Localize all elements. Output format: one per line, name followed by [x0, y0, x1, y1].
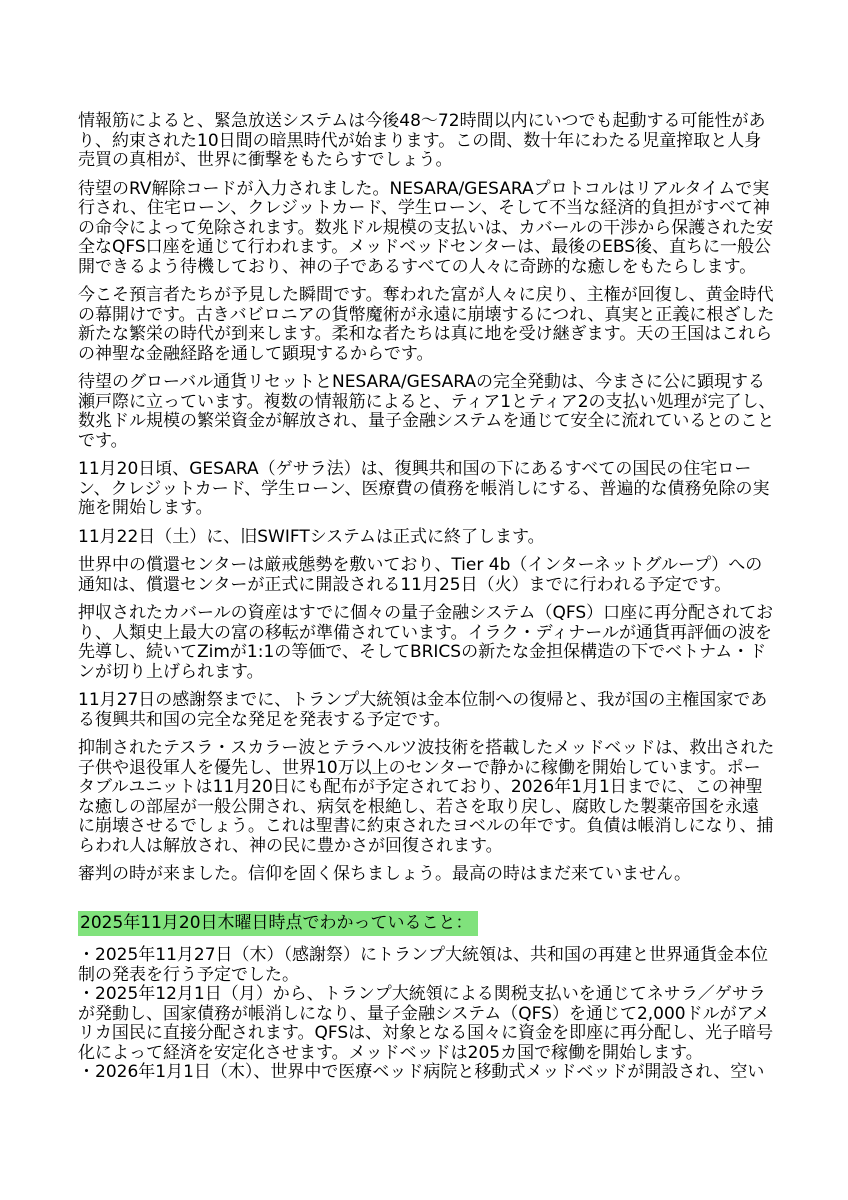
bullet-item-jan1: ・2026年1月1日（木）、世界中で医療ベッド病院と移動式メッドベッドが開設され… — [78, 1063, 776, 1083]
paragraph-ebs-warning: 情報筋によると、緊急放送システムは今後48～72時間以内にいつでも起動する可能性… — [78, 112, 776, 171]
paragraph-thanksgiving-announcement: 11月27日の感謝祭までに、トランプ大統領は金本位制への復帰と、我が国の主権国家… — [78, 691, 776, 730]
paragraph-gesara-debt: 11月20日頃、GESARA（ゲサラ法）は、復興共和国の下にあるすべての国民の住… — [78, 460, 776, 519]
paragraph-gcr-activation: 待望のグローバル通貨リセットとNESARA/GESARAの完全発動は、今まさに公… — [78, 373, 776, 451]
paragraph-rv-code: 待望のRV解除コードが入力されました。NESARA/GESARAプロトコルはリア… — [78, 180, 776, 278]
paragraph-redemption-centers: 世界中の償還センターは厳戒態勢を敷いており、Tier 4b（インターネットグルー… — [78, 556, 776, 595]
document-page: 情報筋によると、緊急放送システムは今後48～72時間以内にいつでも起動する可能性… — [78, 112, 776, 1083]
bullet-item-nov27: ・2025年11月27日（木）（感謝祭）にトランプ大統領は、共和国の再建と世界通… — [78, 946, 776, 985]
bullet-item-dec1: ・2025年12月1日（月）から、トランプ大統領による関税支払いを通じてネサラ／… — [78, 985, 776, 1063]
paragraph-swift-end: 11月22日（土）に、旧SWIFTシステムは正式に終了します。 — [78, 528, 776, 548]
bullet-list: ・2025年11月27日（木）（感謝祭）にトランプ大統領は、共和国の再建と世界通… — [78, 946, 776, 1083]
paragraph-judgment: 審判の時が来ました。信仰を固く保ちましょう。最高の時はまだ来ていません。 — [78, 865, 776, 885]
highlight-mark: 2025年11月20日木曜日時点でわかっていること： — [78, 911, 478, 936]
paragraph-medbeds: 抑制されたテスラ・スカラー波とテラヘルツ波技術を搭載したメッドベッドは、救出され… — [78, 739, 776, 856]
highlighted-heading: 2025年11月20日木曜日時点でわかっていること： — [78, 914, 776, 934]
paragraph-qfs-assets: 押収されたカバールの資産はすでに個々の量子金融システム（QFS）口座に再分配され… — [78, 604, 776, 682]
paragraph-prophets: 今こそ預言者たちが予見した瞬間です。奪われた富が人々に戻り、主権が回復し、黄金時… — [78, 286, 776, 364]
